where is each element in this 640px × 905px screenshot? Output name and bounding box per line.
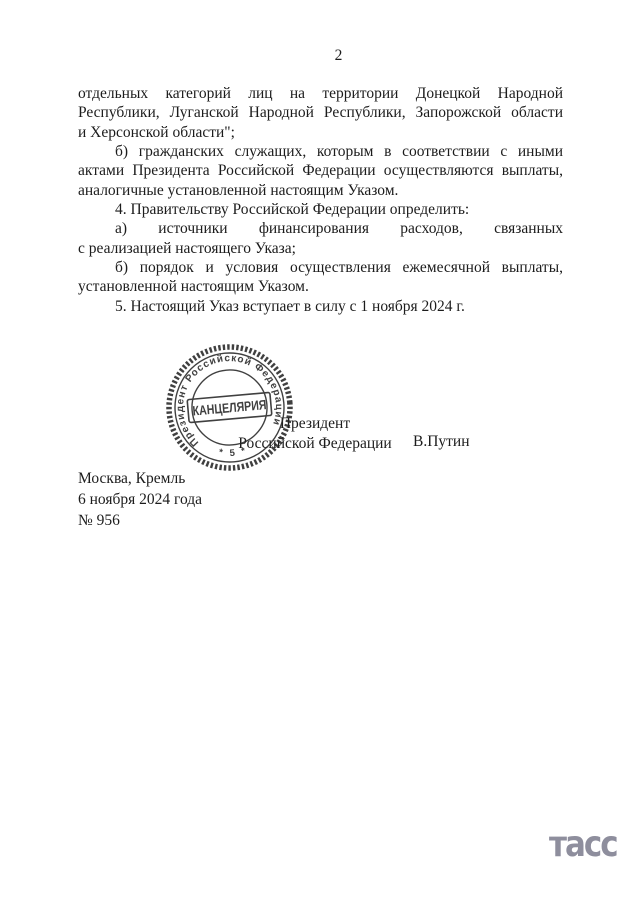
body-line: б) гражданских служащих, которым в соотв… [78,142,563,161]
page-number: 2 [78,47,599,65]
document-body: отдельных категорий лиц на территории До… [78,84,563,316]
decree-document-page: 2 отдельных категорий лиц на территории … [0,0,640,905]
issue-date: 6 ноября 2024 года [78,490,202,511]
body-line: б) порядок и условия осуществления ежеме… [78,258,563,277]
body-line: с реализацией настоящего Указа; [78,239,563,258]
body-line: установленной настоящим Указом. [78,277,563,296]
chancellery-stamp: Президент Российской Федерации * 5 * КАН… [154,332,305,483]
body-line: 5. Настоящий Указ вступает в силу с 1 но… [78,297,563,316]
stamp-graphic: Президент Российской Федерации * 5 * КАН… [164,342,295,473]
stamp-center-text: КАНЦЕЛЯРИЯ [192,397,267,418]
issue-number: № 956 [78,511,202,532]
body-line: 4. Правительству Российской Федерации оп… [78,200,563,219]
body-line: и Херсонской области"; [78,123,563,142]
body-line: актами Президента Российской Федерации о… [78,161,563,180]
stamp-bottom-text: * 5 * [217,444,250,460]
body-line: а) источники финансирования расходов, св… [78,219,563,238]
body-line: отдельных категорий лиц на территории До… [78,84,563,103]
body-line: аналогичные установленной настоящим Указ… [78,181,563,200]
tass-logo: тасс [549,827,617,863]
body-line: Республики, Луганской Народной Республик… [78,103,563,122]
signature-name: В.Путин [413,433,470,451]
